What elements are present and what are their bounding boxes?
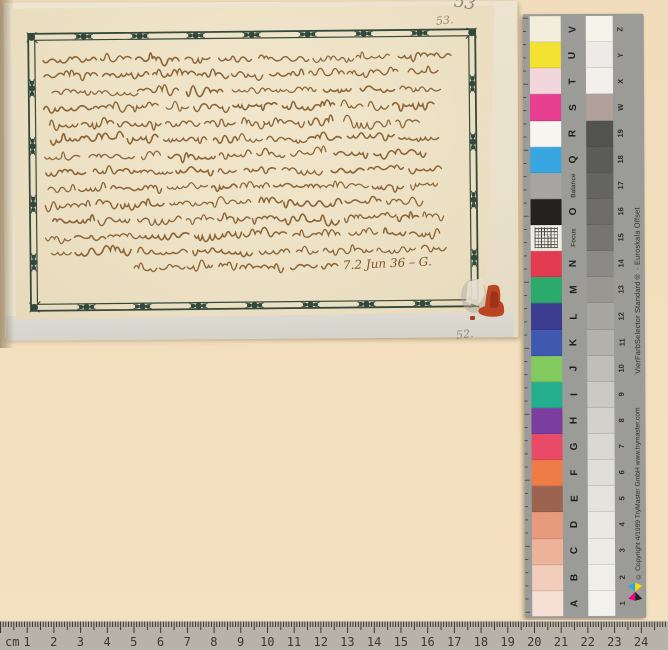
border-rosette-ornament: [413, 301, 431, 306]
handwriting-word: [219, 262, 237, 270]
ruler-number-7: 7: [184, 635, 191, 649]
border-rosette-ornament: [301, 302, 319, 307]
gray-ramp-patch-y: [586, 42, 613, 68]
color-patch-column: [530, 16, 564, 616]
handwriting-word: [186, 215, 214, 225]
patch-label-s: S: [568, 104, 579, 111]
handwriting-word: [244, 167, 275, 174]
handwriting-word: [291, 146, 326, 156]
gray-ramp-patch-17: [586, 173, 613, 199]
handwriting-word: [374, 149, 426, 159]
handwriting-word: [267, 136, 307, 143]
patch-label-a: A: [570, 600, 581, 607]
handwriting-word: [253, 216, 285, 224]
patch-label-t: T: [567, 78, 578, 84]
handwriting-word: [243, 227, 286, 237]
handwriting-word: [138, 247, 188, 255]
ramp-label-3: 3: [618, 549, 627, 553]
ramp-label-cell: Z: [614, 16, 627, 42]
handwriting-word: [44, 106, 92, 113]
patch-label-cell: V: [561, 16, 585, 42]
handwriting-word: [103, 72, 149, 79]
ruler-number-9: 9: [237, 635, 244, 649]
ramp-label-cell: 11: [615, 329, 628, 355]
border-rosette-ornament: [31, 253, 36, 271]
color-patch-f: [532, 460, 563, 486]
patch-label-focus: Focus: [570, 229, 577, 247]
ramp-label-cell: 10: [615, 355, 628, 381]
wax-seal-shadow: [490, 291, 499, 308]
handwriting-word: [133, 102, 158, 111]
color-patch-o: [530, 199, 561, 225]
patch-label-cell: Balance: [561, 173, 585, 199]
color-patch-u: [530, 42, 561, 68]
ruler-number-24: 24: [634, 635, 648, 649]
border-rosette-ornament: [411, 30, 429, 35]
handwriting-word: [165, 121, 199, 127]
handwriting-word: [81, 118, 113, 130]
ruler-number-10: 10: [260, 635, 274, 649]
handwriting-word: [170, 201, 213, 206]
ruler-unit-label: cm: [5, 635, 19, 649]
handwriting-word: [270, 69, 304, 76]
handwriting-word: [43, 56, 96, 63]
patch-label-c: C: [570, 547, 581, 554]
handwriting-word: [231, 72, 262, 81]
handwriting-word: [168, 153, 215, 163]
ruler-number-16: 16: [420, 635, 434, 649]
ruler-number-19: 19: [500, 635, 514, 649]
ramp-number-column: ZYXW19181716151413121110987654321: [614, 16, 630, 616]
gray-ramp-patch-8: [587, 408, 614, 434]
gray-ramp-patch-5: [588, 486, 615, 512]
ruler-number-20: 20: [527, 635, 541, 649]
handwriting-word: [195, 232, 242, 242]
handwriting-word: [50, 120, 78, 131]
border-rosette-ornament: [470, 133, 475, 151]
gray-ramp-patch-x: [586, 68, 613, 94]
handwriting-word: [341, 100, 363, 108]
ramp-label-cell: Y: [614, 42, 627, 68]
cmyk-logo-icon: [626, 582, 644, 602]
border-rosette-ornament: [75, 34, 93, 39]
handwriting-word: [218, 56, 251, 62]
gray-ramp-patch-10: [587, 355, 614, 381]
handwriting-word: [219, 150, 251, 159]
border-rosette-ornament: [30, 137, 35, 155]
ramp-label-9: 9: [617, 392, 626, 396]
color-patch-j: [531, 356, 562, 382]
ruler-number-14: 14: [367, 635, 381, 649]
patch-label-column: VUTSRQBalanceOFocusNMLKJIHGFEDCBA: [561, 16, 588, 616]
color-patch-v: [530, 16, 561, 42]
ramp-label-11: 11: [617, 338, 626, 346]
border-rosette-ornament: [472, 249, 477, 267]
color-patch-q: [530, 147, 561, 173]
ruler-number-13: 13: [340, 635, 354, 649]
ruler-number-17: 17: [447, 635, 461, 649]
gray-ramp-patch-z: [586, 16, 613, 42]
border-rosette-ornament: [470, 75, 475, 93]
handwriting-word: [53, 215, 95, 224]
handwriting-word: [392, 102, 433, 111]
ramp-label-cell: 5: [616, 485, 629, 511]
handwriting-word: [137, 85, 178, 96]
handwriting-word: [284, 198, 342, 207]
handwriting-word: [285, 214, 339, 227]
color-patch-m: [531, 277, 562, 303]
ramp-label-10: 10: [617, 364, 626, 372]
patch-label-cell: J: [562, 355, 586, 381]
ramp-label-z: Z: [616, 27, 625, 32]
handwriting-word: [166, 101, 189, 111]
handwriting-word: [153, 69, 196, 78]
handwriting-word: [321, 181, 369, 189]
color-calibration-card: VUTSRQBalanceOFocusNMLKJIHGFEDCBA ZYXW19…: [523, 14, 647, 619]
border-rosette-ornament: [131, 33, 149, 38]
handwriting: 7.2 Jun 36 – G.: [37, 38, 470, 304]
border-rosette-ornament: [189, 303, 207, 308]
color-patch-balance: [530, 173, 561, 199]
handwriting-word: [75, 245, 131, 256]
patch-label-q: Q: [568, 156, 579, 164]
patch-label-b: B: [570, 573, 581, 580]
handwriting-word: [240, 264, 284, 273]
ruler-number-18: 18: [474, 635, 488, 649]
handwriting-word: [322, 264, 338, 269]
patch-label-r: R: [568, 130, 579, 137]
patch-label-u: U: [567, 52, 578, 59]
patch-label-cell: K: [562, 329, 586, 355]
patch-label-cell: A: [563, 590, 587, 616]
handwriting-word: [423, 212, 444, 221]
handwriting-word: [356, 52, 389, 59]
ramp-label-cell: 19: [614, 120, 627, 146]
patch-label-cell: S: [561, 94, 585, 120]
color-patch-r: [530, 121, 561, 147]
ruler-number-4: 4: [103, 635, 110, 649]
handwriting-word: [308, 115, 333, 126]
brand-text-vertical: VierFarbSelector Standard® · Euroskala O…: [632, 42, 642, 374]
handwriting-word: [111, 185, 162, 194]
patch-label-cell: B: [563, 564, 587, 590]
ramp-label-15: 15: [617, 233, 626, 241]
gray-ramp-patch-16: [586, 199, 613, 225]
patch-label-cell: H: [562, 407, 586, 433]
handwriting-word: [409, 166, 442, 174]
patch-label-cell: R: [561, 120, 585, 146]
wax-speck: [470, 316, 475, 320]
ramp-label-13: 13: [617, 286, 626, 294]
handwriting-word: [194, 104, 230, 113]
handwriting-word: [108, 233, 146, 239]
patch-label-cell: Q: [561, 146, 585, 172]
handwriting-word: [45, 201, 90, 212]
handwriting-word: [293, 229, 340, 237]
gray-ramp-patch-w: [586, 94, 613, 120]
border-rosette-ornament: [245, 303, 263, 308]
wax-seal: [458, 272, 510, 326]
gray-ramp-patch-4: [588, 512, 615, 538]
gray-ramp-patch-6: [588, 460, 615, 486]
patch-label-k: K: [569, 339, 580, 346]
border-rosette-ornament: [133, 304, 151, 309]
focus-grid-pattern: [535, 227, 558, 248]
patch-label-cell: O: [561, 199, 585, 225]
handwriting-word: [323, 89, 351, 93]
ruler-number-11: 11: [287, 635, 301, 649]
border-rosette-ornament: [243, 32, 261, 37]
handwriting-word: [290, 265, 317, 270]
handwriting-word: [313, 56, 354, 63]
handwriting-word: [176, 167, 213, 176]
patch-label-n: N: [568, 260, 579, 267]
ramp-label-cell: W: [614, 94, 627, 120]
border-rosette-ornament: [471, 191, 476, 209]
ramp-label-5: 5: [618, 496, 627, 500]
ramp-label-cell: 6: [616, 459, 629, 485]
handwriting-word: [118, 121, 161, 130]
color-patch-a: [532, 591, 563, 616]
ruler-number-22: 22: [580, 635, 594, 649]
handwriting-word: [372, 185, 403, 193]
handwriting-word: [186, 86, 222, 97]
ramp-label-cell: 15: [615, 225, 628, 251]
ruler-number-2: 2: [50, 635, 57, 649]
ruler-number-12: 12: [313, 635, 327, 649]
handwriting-word: [212, 196, 250, 207]
border-rosette-ornament: [187, 33, 205, 38]
closing-date-text: 7.2 Jun 36 – G.: [343, 254, 432, 272]
handwriting-word: [44, 70, 98, 81]
ruler-number-6: 6: [157, 635, 164, 649]
border-rosette-ornament: [357, 301, 375, 306]
ramp-label-17: 17: [616, 181, 625, 189]
handwriting-word: [334, 151, 368, 158]
handwriting-word: [259, 55, 309, 62]
ruler-scale: cm12345678910111213141516171819202122232…: [0, 620, 668, 650]
ramp-label-6: 6: [618, 470, 627, 474]
handwriting-word: [145, 233, 189, 240]
handwriting-word: [96, 200, 118, 209]
color-patch-g: [532, 434, 563, 460]
color-patch-h: [531, 408, 562, 434]
handwriting-word: [344, 213, 396, 223]
handwriting-word: [399, 137, 439, 141]
ruler: cm12345678910111213141516171819202122232…: [0, 620, 668, 650]
handwriting-word: [344, 115, 391, 130]
gray-ramp-patch-19: [586, 120, 613, 146]
color-patch-t: [530, 68, 561, 94]
color-patch-n: [531, 251, 562, 277]
patch-label-cell: T: [561, 68, 585, 94]
handwriting-word: [52, 89, 91, 96]
patch-label-cell: C: [563, 538, 587, 564]
folio-number-small: 53.: [435, 13, 454, 27]
ramp-label-16: 16: [617, 207, 626, 215]
handwriting-word: [377, 247, 416, 254]
handwriting-word: [347, 67, 398, 77]
handwriting-word: [185, 57, 210, 63]
ramp-label-cell: 3: [616, 538, 629, 564]
patch-label-g: G: [569, 443, 580, 451]
border-rosette-ornament: [299, 32, 317, 37]
ruler-number-5: 5: [130, 635, 137, 649]
ramp-label-cell: 14: [615, 251, 628, 277]
patch-label-cell: G: [563, 433, 587, 459]
patch-label-v: V: [567, 26, 578, 33]
patch-label-l: L: [568, 313, 579, 319]
ruler-number-8: 8: [210, 635, 217, 649]
handwriting-word: [46, 169, 86, 176]
color-patch-l: [531, 303, 562, 329]
handwriting-word: [45, 152, 80, 160]
handwriting-word: [120, 199, 163, 210]
handwriting-word: [323, 245, 373, 256]
ramp-label-2: 2: [618, 575, 627, 579]
patch-label-j: J: [569, 366, 580, 372]
copyright-text-vertical: © Copyright 4/1999 TryMaster GmbH www.tr…: [634, 402, 642, 580]
handwriting-word: [400, 86, 441, 92]
ramp-label-cell: 7: [616, 433, 629, 459]
color-patch-i: [531, 382, 562, 408]
border-rosette-ornament: [77, 304, 95, 309]
ramp-label-cell: 8: [615, 407, 628, 433]
gray-ramp-patch-14: [587, 251, 614, 277]
patch-label-cell: L: [562, 303, 586, 329]
ramp-label-19: 19: [616, 129, 625, 137]
patch-label-cell: M: [562, 277, 586, 303]
handwriting-word: [259, 249, 289, 254]
folio-number-bottom: 52.: [455, 327, 474, 342]
handwriting-word: [197, 69, 228, 79]
handwriting-word: [141, 151, 160, 160]
handwriting-word: [398, 52, 451, 61]
ramp-label-cell: 18: [614, 146, 627, 172]
handwriting-word: [345, 196, 381, 203]
handwriting-word: [349, 228, 378, 235]
ruler-number-1: 1: [23, 635, 30, 649]
gray-ramp-patch-2: [588, 564, 615, 590]
handwriting-word: [51, 252, 71, 255]
handwriting-word: [421, 245, 446, 252]
patch-label-m: M: [568, 286, 579, 294]
handwriting-word: [50, 133, 74, 145]
handwriting-word: [92, 90, 138, 96]
handwriting-word: [141, 170, 173, 175]
handwriting-word: [138, 216, 182, 225]
patch-label-cell: E: [563, 486, 587, 512]
handwriting-word: [193, 248, 222, 256]
handwriting-word: [46, 236, 71, 243]
handwriting-word: [308, 132, 341, 141]
handwriting-word: [213, 135, 237, 143]
color-patch-s: [530, 94, 561, 120]
gray-ramp-patch-11: [587, 329, 614, 355]
patch-label-cell: Focus: [562, 225, 586, 251]
handwriting-word: [282, 100, 334, 111]
patch-label-cell: D: [563, 512, 587, 538]
patch-label-o: O: [568, 208, 579, 216]
ruler-number-15: 15: [394, 635, 408, 649]
handwriting-word: [239, 133, 262, 142]
ramp-label-cell: 9: [615, 381, 628, 407]
ramp-label-14: 14: [617, 260, 626, 268]
ramp-label-w: W: [616, 104, 625, 111]
handwriting-word: [222, 251, 253, 257]
handwriting-word: [331, 168, 364, 173]
ramp-label-4: 4: [618, 523, 627, 527]
patch-label-cell: U: [561, 42, 585, 68]
patch-label-cell: F: [563, 460, 587, 486]
handwriting-word: [100, 53, 131, 62]
handwriting-word: [136, 53, 180, 67]
handwriting-word: [79, 182, 106, 191]
patch-label-cell: I: [562, 381, 586, 407]
handwriting-word: [411, 183, 438, 190]
handwriting-word: [240, 181, 270, 187]
ruler-number-3: 3: [77, 635, 84, 649]
handwriting-word: [273, 183, 320, 188]
border-rosette-ornament: [31, 195, 36, 213]
ramp-label-y: Y: [616, 52, 625, 57]
border-rosette-ornament: [355, 31, 373, 36]
handwriting-word: [76, 132, 124, 142]
handwriting-word: [205, 119, 236, 127]
handwriting-word: [74, 235, 105, 240]
letter-sheet: 7.2 Jun 36 – G.: [10, 3, 501, 319]
handwriting-word: [288, 87, 316, 93]
gray-ramp-patch-9: [587, 382, 614, 408]
handwriting-word: [159, 264, 185, 269]
patch-label-f: F: [569, 470, 580, 476]
color-patch-d: [532, 512, 563, 538]
color-patch-e: [532, 486, 563, 512]
patch-label-i: I: [569, 393, 580, 396]
handwriting-word: [360, 86, 394, 93]
ramp-label-12: 12: [617, 312, 626, 320]
handwriting-word: [396, 120, 420, 128]
handwriting-word: [89, 154, 134, 159]
handwriting-word: [127, 134, 158, 143]
ramp-label-cell: 16: [614, 198, 627, 224]
gray-ramp-patch-12: [587, 303, 614, 329]
handwriting-word: [167, 183, 207, 190]
handwriting-word: [48, 185, 75, 193]
gray-ramp-patch-1: [588, 591, 615, 616]
ramp-label-cell: X: [614, 68, 627, 94]
handwriting-word: [257, 148, 285, 158]
handwriting-word: [93, 102, 132, 113]
patch-label-cell: N: [562, 251, 586, 277]
ramp-label-cell: 17: [614, 172, 627, 198]
handwriting-word: [218, 169, 236, 174]
ruler-number-21: 21: [554, 635, 568, 649]
color-patch-focus: [531, 225, 562, 251]
gray-ramp-patch-15: [587, 225, 614, 251]
ramp-label-cell: 4: [616, 512, 629, 538]
handwriting-word: [233, 103, 277, 111]
ruler-number-23: 23: [607, 635, 621, 649]
ramp-label-x: X: [616, 79, 625, 84]
border-rosette-ornament: [29, 79, 34, 97]
ramp-label-cell: 13: [615, 277, 628, 303]
handwriting-word: [296, 246, 318, 254]
handwriting-word: [410, 229, 440, 239]
handwriting-word: [259, 197, 282, 203]
handwriting-word: [93, 166, 140, 175]
handwriting-word: [282, 167, 322, 175]
